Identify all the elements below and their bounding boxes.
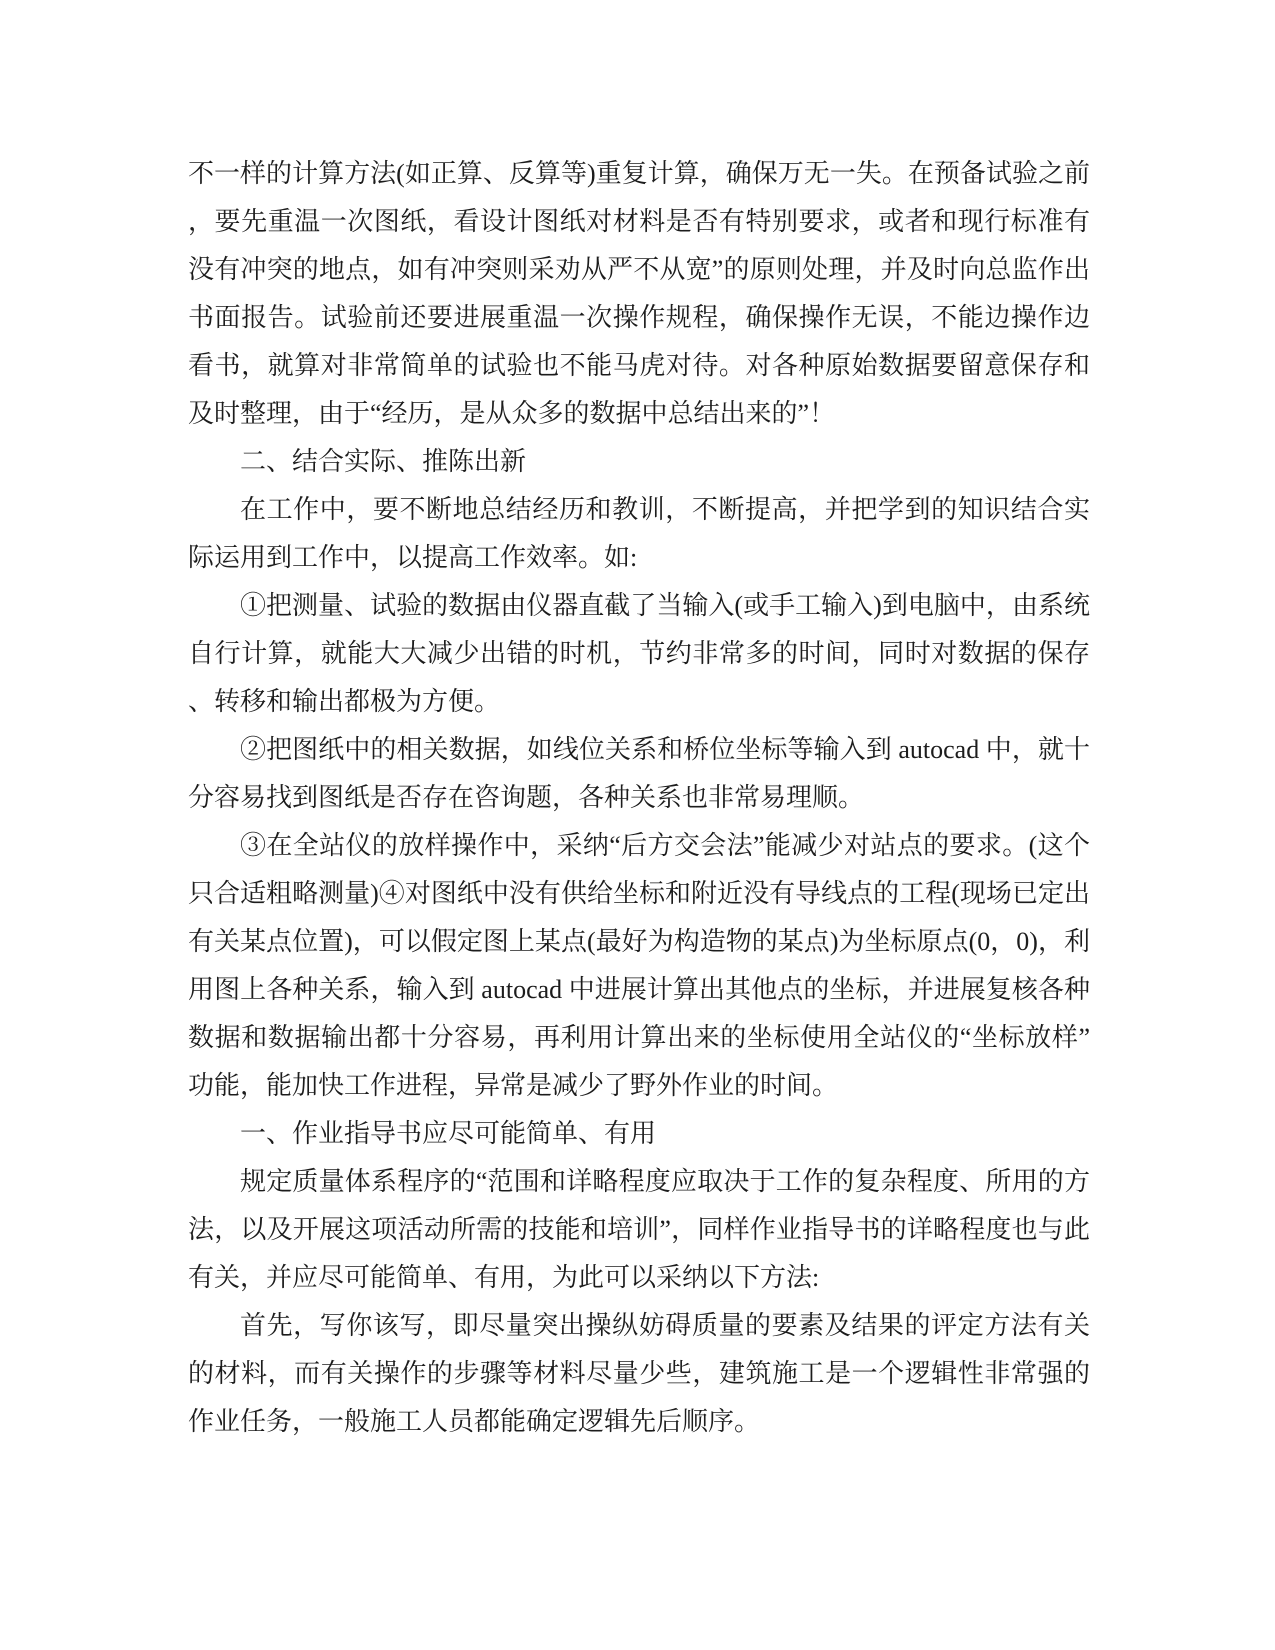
paragraph-work-practice: 在工作中，要不断地总结经历和教训，不断提高，并把学到的知识结合实际运用到工作中，… (188, 486, 1090, 582)
list-item-1: ①把测量、试验的数据由仪器直截了当输入(或手工输入)到电脑中，由系统自行计算，就… (188, 582, 1090, 726)
heading-section-two: 二、结合实际、推陈出新 (188, 438, 1090, 486)
list-item-3-4: ③在全站仪的放样操作中，采纳“后方交会法”能减少对站点的要求。(这个只合适粗略测… (188, 822, 1090, 1110)
document-body: 不一样的计算方法(如正算、反算等)重复计算，确保万无一失。在预备试验之前，要先重… (188, 150, 1090, 1446)
document-page: 不一样的计算方法(如正算、反算等)重复计算，确保万无一失。在预备试验之前，要先重… (0, 0, 1275, 1650)
heading-section-one: 一、作业指导书应尽可能简单、有用 (188, 1110, 1090, 1158)
paragraph-write-what-needed: 首先，写你该写，即尽量突出操纵妨碍质量的要素及结果的评定方法有关的材料，而有关操… (188, 1302, 1090, 1446)
paragraph-quality-system: 规定质量体系程序的“范围和详略程度应取决于工作的复杂程度、所用的方法，以及开展这… (188, 1158, 1090, 1302)
paragraph-continuation: 不一样的计算方法(如正算、反算等)重复计算，确保万无一失。在预备试验之前，要先重… (188, 150, 1090, 438)
list-item-2: ②把图纸中的相关数据，如线位关系和桥位坐标等输入到 autocad 中，就十分容… (188, 726, 1090, 822)
